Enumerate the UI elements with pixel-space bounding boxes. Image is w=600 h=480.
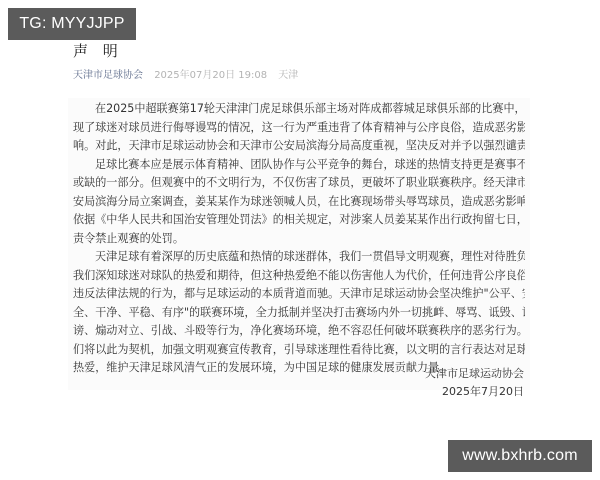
watermark-telegram: TG: MYYJJPP [8,8,136,40]
publish-location: 天津 [278,70,298,81]
statement-line: 安局滨海分局立案调查，姜某某作为球迷领喊人员，在比赛现场带头辱骂球员，造成恶劣影… [73,195,525,209]
statement-line: 天津足球有着深厚的历史底蕴和热情的球迷群体，我们一贯倡导文明观赛，理性对待胜负， [95,250,525,264]
statement-line: 现了球迷对球员进行侮辱谩骂的情况，这一行为严重违背了体育精神与公序良俗，造成恶劣… [73,121,525,135]
signature-date: 2025年7月20日 [442,383,524,399]
statement-line: 足球比赛本应是展示体育精神、团队协作与公平竞争的舞台，球迷的热情支持更是赛事不可 [95,158,525,172]
publish-date: 2025年07月20日 19:08 [154,70,267,81]
statement-line: 责令禁止观赛的处罚。 [73,232,525,246]
signature-org: 天津市足球运动协会 [425,365,524,381]
statement-line: 我们深知球迷对球队的热爱和期待，但这种热爱绝不能以伤害他人为代价，任何违背公序良… [73,269,525,283]
statement-line: 们将以此为契机，加强文明观赛宣传教育，引导球迷理性看待比赛，以文明的言行表达对足… [73,343,525,357]
statement-line: 在2025中超联赛第17轮天津津门虎足球俱乐部主场对阵成都蓉城足球俱乐部的比赛中… [95,102,525,116]
author-link[interactable]: 天津市足球协会 [73,70,143,81]
article: 声 明 天津市足球协会 2025年07月20日 19:08 天津 在2025中超… [0,0,600,480]
article-meta: 天津市足球协会 2025年07月20日 19:08 天津 [73,66,298,81]
statement-line: 全、干净、平稳、有序"的联赛环境，全力抵制并坚决打击赛场内外一切挑衅、辱骂、诋毁… [73,306,525,320]
watermark-site: www.bxhrb.com [448,440,592,472]
statement-line: 响。对此，天津市足球运动协会和天津市公安局滨海分局高度重视，坚决反对并予以强烈谴… [73,139,525,153]
page-title: 声 明 [73,40,123,61]
statement-line: 或缺的一部分。但观赛中的不文明行为，不仅伤害了球员，更破坏了职业联赛秩序。经天津… [73,176,525,190]
statement-line: 依据《中华人民共和国治安管理处罚法》的相关规定，对涉案人员姜某某作出行政拘留七日… [73,213,525,227]
statement-line: 违反法律法规的行为，都与足球运动的本质背道而驰。天津市足球运动协会坚决维护"公平… [73,287,525,301]
statement-line: 谤、煽动对立、引战、斗殴等行为，净化赛场环境，绝不容忍任何破坏联赛秩序的恶劣行为… [73,324,525,338]
